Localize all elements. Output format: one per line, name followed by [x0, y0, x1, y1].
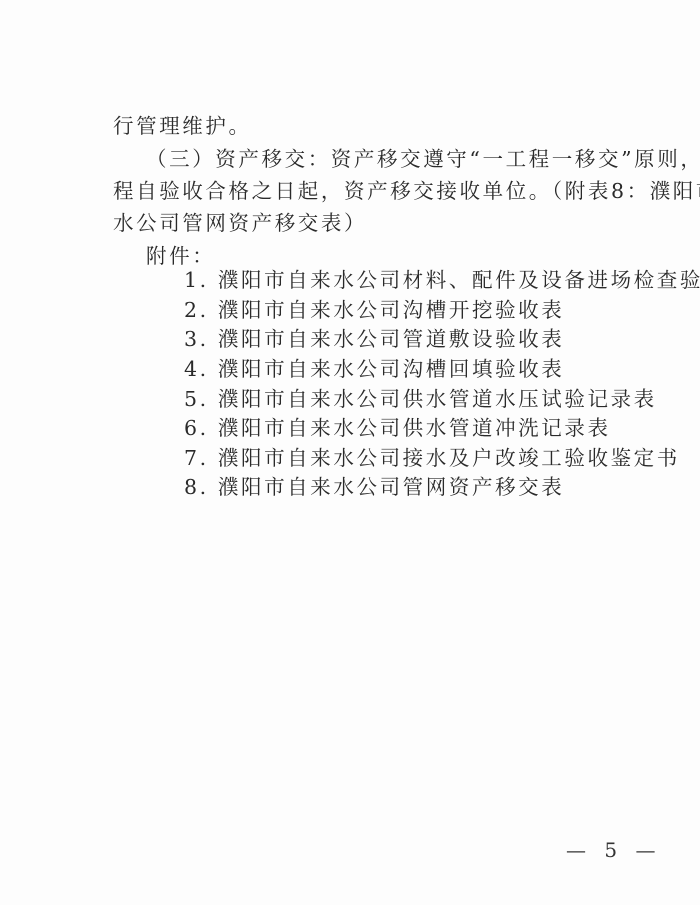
page-number: — 5 —	[566, 838, 661, 862]
attachment-item: 3. 濮阳市自来水公司管道敷设验收表	[184, 325, 564, 353]
attachment-item: 7. 濮阳市自来水公司接水及户改竣工验收鉴定书	[184, 444, 680, 472]
attachment-item: 5. 濮阳市自来水公司供水管道水压试验记录表	[184, 385, 657, 413]
paragraph-line: 程自验收合格之日起，资产移交接收单位。（附表8：濮阳市自来	[113, 177, 700, 205]
attachment-item: 4. 濮阳市自来水公司沟槽回填验收表	[184, 355, 564, 383]
attachment-item: 2. 濮阳市自来水公司沟槽开挖验收表	[184, 296, 564, 324]
paragraph-line: （三）资产移交：资产移交遵守“一工程一移交”原则，工	[146, 145, 700, 173]
attachment-item: 8. 濮阳市自来水公司管网资产移交表	[184, 473, 564, 501]
attachment-item: 1. 濮阳市自来水公司材料、配件及设备进场检查验收表	[184, 266, 700, 294]
paragraph-line: 行管理维护。	[113, 112, 252, 140]
attachment-item: 6. 濮阳市自来水公司供水管道冲洗记录表	[184, 414, 611, 442]
paragraph-line: 水公司管网资产移交表）	[113, 209, 367, 237]
document-page: 行管理维护。 （三）资产移交：资产移交遵守“一工程一移交”原则，工 程自验收合格…	[0, 0, 700, 905]
